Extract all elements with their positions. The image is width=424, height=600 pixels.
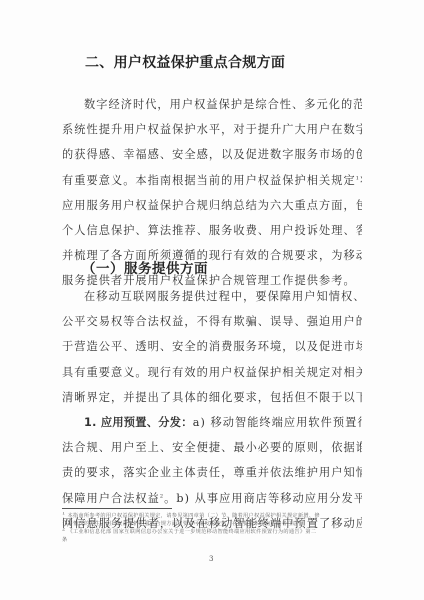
- footnote-mark: 2: [62, 528, 65, 532]
- paragraph-line: 的获得感、幸福感、安全感，以及促进数字服务市场的创新和繁荣具: [62, 142, 362, 167]
- service-paragraph: 在移动互联网服务提供过程中，要保障用户知情权、自主选择权、 公平交易权等合法权益…: [62, 284, 362, 410]
- item-label: 1. 应用预置、分发：: [84, 416, 193, 429]
- footnote: 条: [62, 536, 367, 544]
- footnote: 订等情况的发生，用户权益保护的重点合规方面和要求可能发生变化，在此提请本指南的读…: [62, 520, 367, 528]
- footnotes: 1 本指南所参考的用户权益保护相关规定，请参见第四章第（二）节。随着用户权益保护…: [62, 512, 367, 544]
- subsection-heading: （一）服务提供方面: [82, 257, 208, 277]
- paragraph-text: 将移动互联网: [360, 174, 362, 187]
- paragraph-line: 在移动互联网服务提供过程中，要保障用户知情权、自主选择权、: [62, 284, 362, 309]
- footnote: 1 本指南所参考的用户权益保护相关规定，请参见第四章第（二）节。随着用户权益保护…: [62, 512, 367, 520]
- paragraph-text: a) 移动智能终端应用软件预置行为应遵循依: [193, 416, 362, 429]
- paragraph-line: 清晰界定，并提出了具体的细化要求，包括但不限于以下内容：: [62, 385, 362, 410]
- paragraph-line: 具有重要意义。现行有效的用户权益保护相关规定对相关行为进行了: [62, 360, 362, 385]
- paragraph-line: 应用服务用户权益保护合规归纳总结为六大重点方面，包括服务提供、: [62, 193, 362, 218]
- paragraph-line: 法合规、用户至上、安全便捷、最小必要的原则，依据谁预置、谁负: [62, 435, 362, 460]
- footnote-text: 本指南所参考的用户权益保护相关规定，请参见第四章第（二）节。随着用户权益保护相关…: [67, 513, 319, 519]
- footnote-text: 《工业和信息化部 国家互联网信息办公室关于进一步规范移动智能终端应用软件预置行为…: [67, 529, 316, 535]
- footnote-text: 订等情况的发生，用户权益保护的重点合规方面和要求可能发生变化，在此提请本指南的读…: [62, 521, 298, 527]
- paragraph-text: 保障用户合法权益: [62, 492, 160, 505]
- paragraph-line: 系统性提升用户权益保护水平，对于提升广大用户在数字消费服务中: [62, 117, 362, 142]
- paragraph-line: 个人信息保护、算法推荐、服务收费、用户投诉处理、客户热线服务，: [62, 218, 362, 243]
- paragraph-line: 数字经济时代，用户权益保护是综合性、多元化的范畴，全面性、: [62, 92, 362, 117]
- paragraph-line: 责的要求，落实企业主体责任，尊重并依法维护用户知情权、选择权、: [62, 460, 362, 485]
- paragraph-line: 1. 应用预置、分发：a) 移动智能终端应用软件预置行为应遵循依: [62, 410, 362, 435]
- footnote: 2 《工业和信息化部 国家互联网信息办公室关于进一步规范移动智能终端应用软件预置…: [62, 528, 367, 536]
- section-heading: 二、用户权益保护重点合规方面: [85, 52, 285, 72]
- paragraph-text: 有重要意义。本指南根据当前的用户权益保护相关规定: [62, 174, 356, 187]
- footnote-text: 条: [62, 537, 68, 543]
- document-page: 二、用户权益保护重点合规方面 数字经济时代，用户权益保护是综合性、多元化的范畴，…: [0, 0, 424, 600]
- paragraph-text: 。b) 从事应用商店等移动应用分发平台服务的互联: [164, 492, 362, 505]
- page-number: 3: [209, 555, 213, 563]
- paragraph-line: 有重要意义。本指南根据当前的用户权益保护相关规定1将移动互联网: [62, 168, 362, 193]
- paragraph-line: 于营造公平、透明、安全的消费服务环境，以及促进市场的健康发展: [62, 334, 362, 359]
- footnote-divider: [62, 508, 172, 509]
- footnote-mark: 1: [62, 512, 65, 516]
- paragraph-line: 公平交易权等合法权益，不得有欺骗、误导、强迫用户的行为，这对: [62, 309, 362, 334]
